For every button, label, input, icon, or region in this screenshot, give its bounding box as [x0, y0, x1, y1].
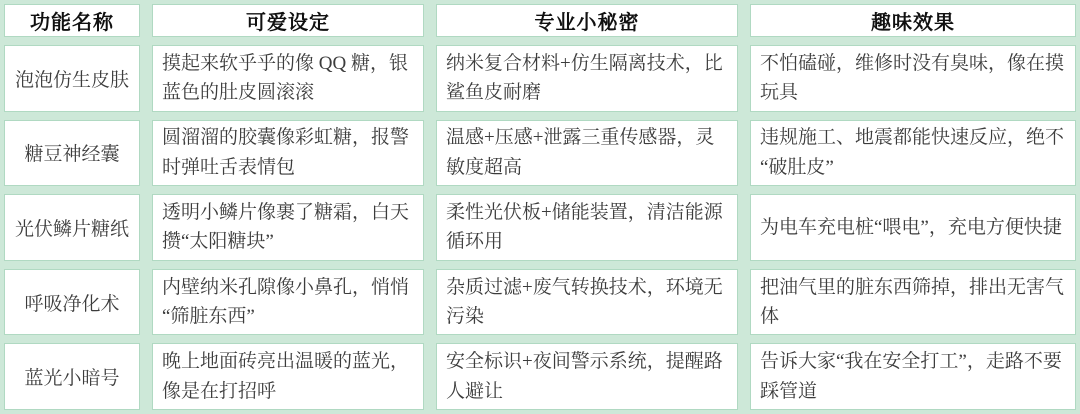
fun-effect-cell: 不怕磕碰，维修时没有臭味，像在摸玩具 — [750, 45, 1076, 112]
col-header-pro-secret: 专业小秘密 — [436, 4, 738, 37]
cute-setting-cell: 内壁纳米孔隙像小鼻孔，悄悄“筛脏东西” — [152, 269, 424, 336]
fun-effect-cell: 违规施工、地震都能快速反应，绝不“破肚皮” — [750, 120, 1076, 187]
pro-secret-cell: 温感+压感+泄露三重传感器，灵敏度超高 — [436, 120, 738, 187]
cute-setting-cell: 圆溜溜的胶囊像彩虹糖，报警时弹吐舌表情包 — [152, 120, 424, 187]
pro-secret-cell: 安全标识+夜间警示系统，提醒路人避让 — [436, 343, 738, 410]
cute-setting-cell: 晚上地面砖亮出温暖的蓝光，像是在打招呼 — [152, 343, 424, 410]
feature-comparison-table: 功能名称 可爱设定 专业小秘密 趣味效果 泡泡仿生皮肤 摸起来软乎乎的像 QQ … — [0, 0, 1080, 414]
row-label: 蓝光小暗号 — [4, 343, 140, 410]
col-header-function-name: 功能名称 — [4, 4, 140, 37]
cute-setting-cell: 摸起来软乎乎的像 QQ 糖，银蓝色的肚皮圆滚滚 — [152, 45, 424, 112]
row-label: 光伏鳞片糖纸 — [4, 194, 140, 261]
row-label: 糖豆神经囊 — [4, 120, 140, 187]
fun-effect-cell: 把油气里的脏东西筛掉，排出无害气体 — [750, 269, 1076, 336]
row-label: 呼吸净化术 — [4, 269, 140, 336]
pro-secret-cell: 柔性光伏板+储能装置，清洁能源循环用 — [436, 194, 738, 261]
pro-secret-cell: 纳米复合材料+仿生隔离技术，比鲨鱼皮耐磨 — [436, 45, 738, 112]
fun-effect-cell: 告诉大家“我在安全打工”，走路不要踩管道 — [750, 343, 1076, 410]
pro-secret-cell: 杂质过滤+废气转换技术，环境无污染 — [436, 269, 738, 336]
col-header-cute-setting: 可爱设定 — [152, 4, 424, 37]
fun-effect-cell: 为电车充电桩“喂电”，充电方便快捷 — [750, 194, 1076, 261]
row-label: 泡泡仿生皮肤 — [4, 45, 140, 112]
cute-setting-cell: 透明小鳞片像裹了糖霜，白天攒“太阳糖块” — [152, 194, 424, 261]
col-header-fun-effect: 趣味效果 — [750, 4, 1076, 37]
